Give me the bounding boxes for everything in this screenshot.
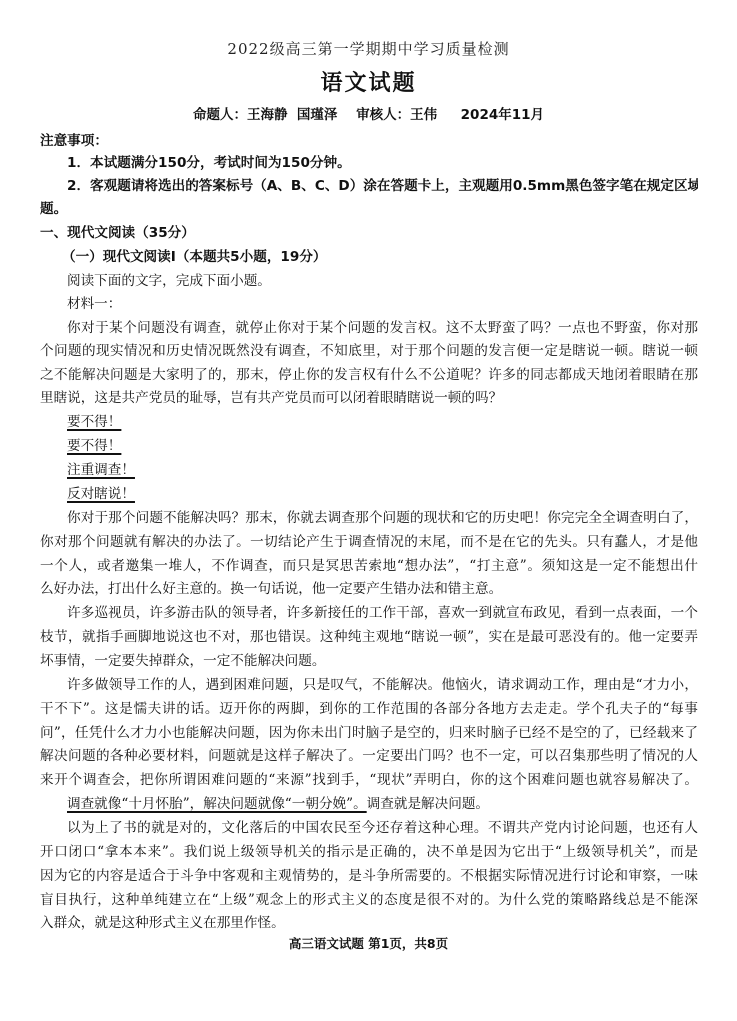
- passage-line: 调查就像“十月怀胎”，解决问题就像“一朝分娩”。调查就是解决问题。: [40, 793, 698, 815]
- slogan-text: 反对瞎说！: [67, 486, 135, 502]
- passage-line: 以为上了书的就是对的，文化落后的中国农民至今还存着这种心理。不谓共产党内讨论问题…: [40, 817, 698, 839]
- passage-line: 解决问题的各种必要材料，问题就是这样子解决了。一定要出门吗？也不一定，可以召集那…: [40, 745, 698, 767]
- slogan: 要不得！: [40, 411, 698, 433]
- section-subheading: （一）现代文阅读Ⅰ（本题共5小题，19分）: [40, 246, 698, 268]
- exam-authors: 命题人：王海静 国瑾泽 审核人：王伟 2024年11月: [0, 103, 737, 123]
- exam-subtitle: 2022级高三第一学期期中学习质量检测: [0, 38, 737, 59]
- reading-instruction: 阅读下面的文字，完成下面小题。: [40, 270, 698, 292]
- passage-line: 你对于某个问题没有调查，就停止你对于某个问题的发言权。这不太野蛮了吗？一点也不野…: [40, 317, 698, 339]
- slogan-text: 要不得！: [67, 414, 121, 430]
- passage-line: 之不能解决问题是大家明了的，那末，停止你的发言权有什么不公道呢？许多的同志都成天…: [40, 364, 698, 386]
- passage-line: 开口闭口“拿本本来”。我们说上级领导机关的指示是正确的，决不单是因为它出于“上级…: [40, 841, 698, 863]
- passage-line: 里瞎说，这是共产党员的耻辱，岂有共产党员而可以闭着眼睛瞎说一顿的吗？: [40, 387, 698, 409]
- passage-line: 因为它的内容是适合于斗争中客观和主观情势的，是斗争所需要的。不根据实际情况进行讨…: [40, 865, 698, 887]
- passage-line: 你对那个问题就有解决的办法了。一切结论产生于调查情况的末尾，而不是在它的先头。只…: [40, 531, 698, 553]
- notice-item-2-cont: 题。: [40, 198, 698, 220]
- slogan: 反对瞎说！: [40, 483, 698, 505]
- notice-item-1: 1．本试题满分150分，考试时间为150分钟。: [40, 152, 698, 174]
- passage-line: 枝节，就指手画脚地说这也不对，那也错误。这种纯主观地“瞎说一顿”，实在是最可恶没…: [40, 626, 698, 648]
- passage-line: 坏事情，一定要失掉群众，一定不能解决问题。: [40, 650, 698, 672]
- slogan: 注重调查！: [40, 459, 698, 481]
- passage-line: 一个人，或者邀集一堆人，不作调查，而只是冥思苦索地“想办法”，“打主意”。须知这…: [40, 555, 698, 577]
- passage-line: 你对于那个问题不能解决吗？那末，你就去调查那个问题的现状和它的历史吧！你完完全全…: [40, 507, 698, 529]
- slogan-text: 要不得！: [67, 438, 121, 454]
- passage-line: 许多做领导工作的人，遇到困难问题，只是叹气，不能解决。他恼火，请求调动工作，理由…: [40, 674, 698, 696]
- underlined-sentence: 调查就像“十月怀胎”，解决问题就像“一朝分娩”。: [67, 796, 367, 812]
- material-label: 材料一：: [40, 293, 698, 315]
- slogan-text: 注重调查！: [67, 462, 135, 478]
- slogan: 要不得！: [40, 435, 698, 457]
- exam-title: 语文试题: [0, 66, 737, 97]
- notice-item-2: 2．客观题请将选出的答案标号（A、B、C、D）涂在答题卡上，主观题用0.5mm黑…: [40, 175, 698, 197]
- notice-heading: 注意事项：: [40, 130, 698, 152]
- passage-line: 干不下”。这是懦夫讲的话。迈开你的两脚，到你的工作范围的各部分各地方去走走。学个…: [40, 698, 698, 720]
- passage-line: 来开个调查会，把你所谓困难问题的“来源”找到手，“现状”弄明白，你的这个困难问题…: [40, 769, 698, 791]
- sentence: 调查就是解决问题。: [367, 796, 489, 812]
- passage-line: 问”，任凭什么才力小也能解决问题，因为你未出门时脑子是空的，归来时脑子已经不是空…: [40, 722, 698, 744]
- passage-line: 入群众，就是这种形式主义在那里作怪。: [40, 912, 698, 934]
- passage-line: 盲目执行，这种单纯建立在“上级”观念上的形式主义的态度是很不对的。为什么党的策略…: [40, 889, 698, 911]
- section-heading: 一、现代文阅读（35分）: [40, 222, 698, 244]
- passage-line: 许多巡视员，许多游击队的领导者，许多新接任的工作干部，喜欢一到就宣布政见，看到一…: [40, 602, 698, 624]
- passage-line: 个问题的现实情况和历史情况既然没有调查，不知底里，对于那个问题的发言便一定是瞎说…: [40, 340, 698, 362]
- passage-line: 么好办法，打出什么好主意的。换一句话说，他一定要产生错办法和错主意。: [40, 578, 698, 600]
- page-footer: 高三语文试题 第1页，共8页: [0, 934, 737, 952]
